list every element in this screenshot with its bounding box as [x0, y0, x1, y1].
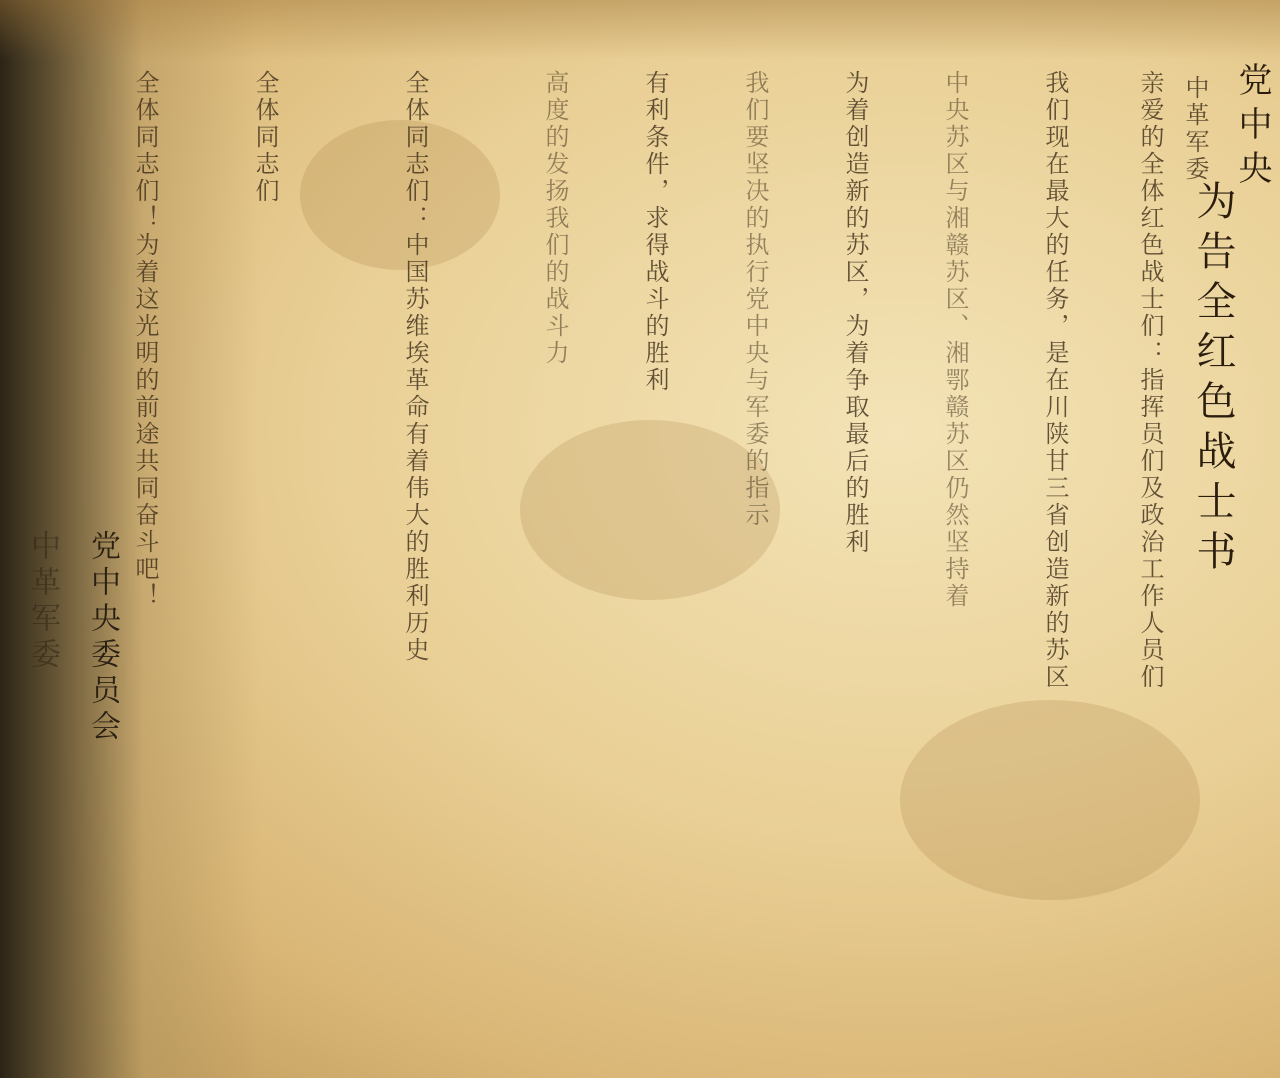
closing-line: 全体同志们！为着这光明的前途共同奋斗吧！ [130, 70, 160, 610]
title-party-central: 党中央 [1228, 62, 1277, 194]
signature-party-central-committee: 党中央委员会 [80, 530, 124, 746]
body-column-3: 中央苏区与湘赣苏区、湘鄂赣苏区仍然坚持着 [940, 70, 970, 610]
body-column-8: 全体同志们：中国苏维埃革命有着伟大的胜利历史 [400, 70, 430, 664]
addressee: 全体同志们 [250, 70, 280, 205]
body-column-4: 为着创造新的苏区，为着争取最后的胜利 [840, 70, 870, 556]
document-title: 为告全红色战士书 [1185, 180, 1242, 580]
body-column-6: 有利条件，求得战斗的胜利 [640, 70, 670, 394]
body-column-7: 高度的发扬我们的战斗力 [540, 70, 570, 367]
body-column-2: 我们现在最大的任务，是在川陕甘三省创造新的苏区 [1040, 70, 1070, 691]
body-column-1: 亲爱的全体红色战士们：指挥员们及政治工作人员们 [1135, 70, 1165, 691]
signature-military-commission: 中革军委 [20, 530, 64, 674]
manuscript-page: 党中央 为告全红色战士书 中革军委 亲爱的全体红色战士们：指挥员们及政治工作人员… [0, 0, 1280, 1078]
body-column-5: 我们要坚决的执行党中央与军委的指示 [740, 70, 770, 529]
title-military-commission: 中革军委 [1180, 75, 1210, 183]
paper-stain [900, 700, 1200, 900]
